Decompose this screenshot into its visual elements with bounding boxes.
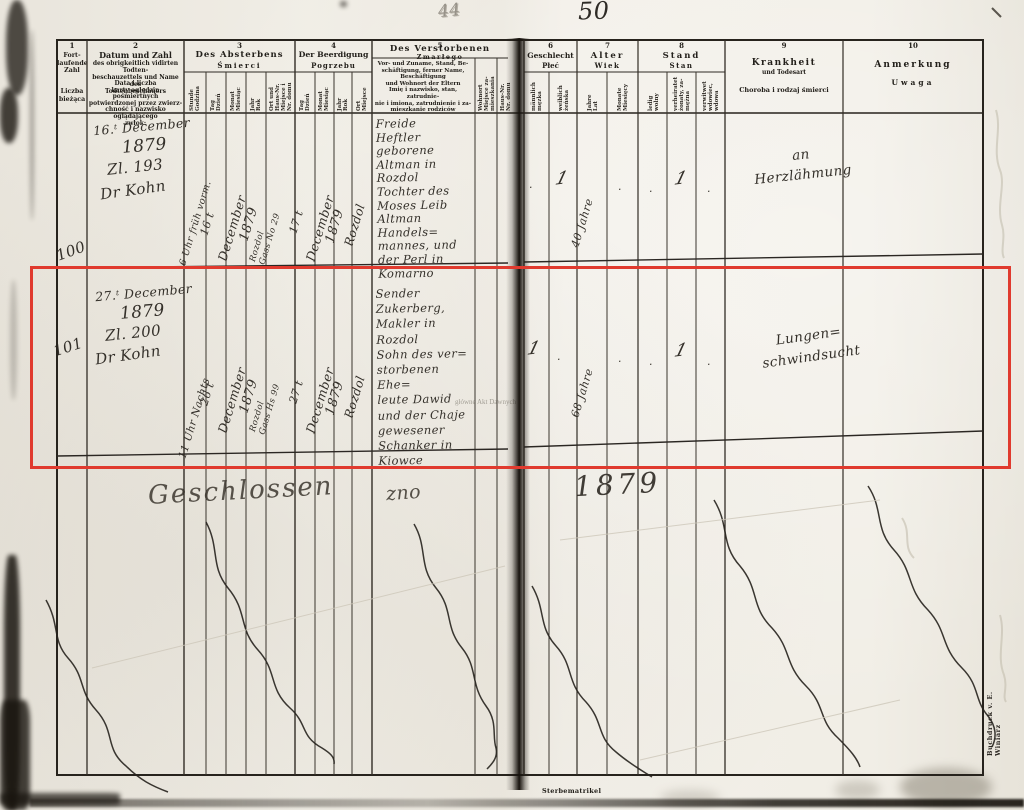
- highlight-rectangle: [30, 266, 1011, 469]
- register-scan: 1 2 3 4 5 6 7 8 9 10 Fort- laufende Zahl…: [0, 0, 1024, 810]
- corner-mark: [992, 8, 1001, 17]
